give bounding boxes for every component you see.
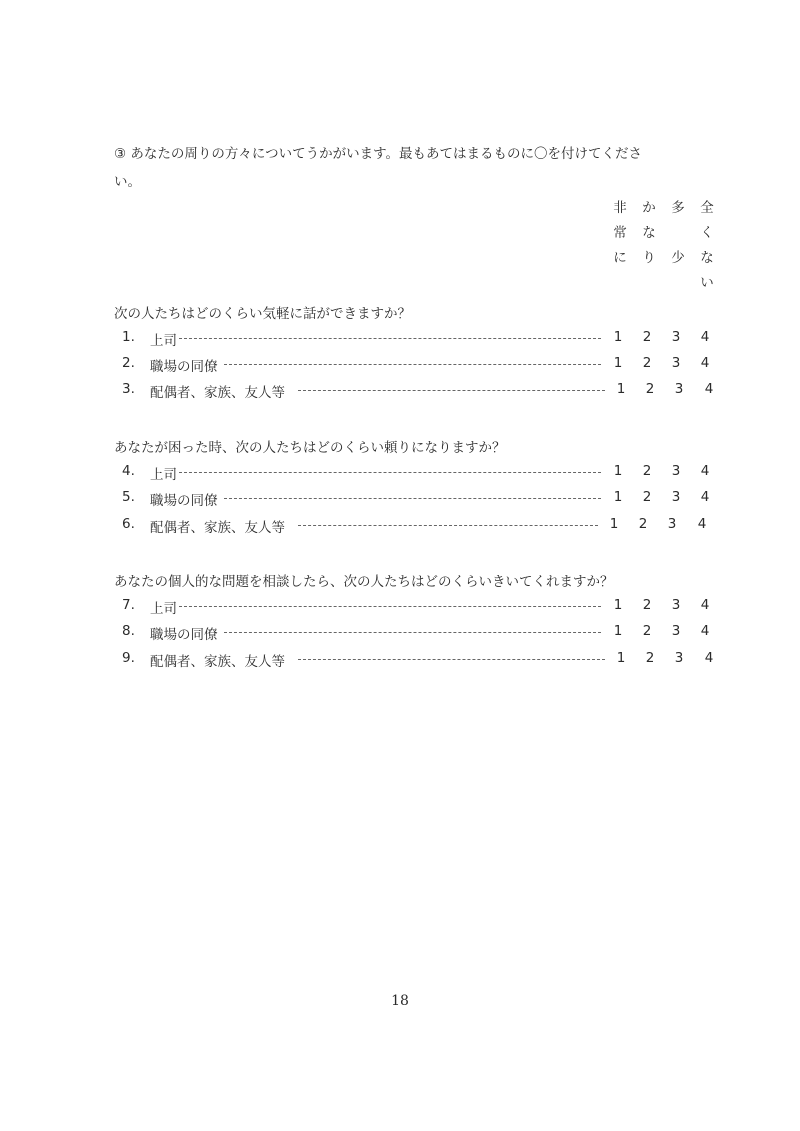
option-1[interactable]: 1 bbox=[611, 597, 625, 613]
question-item-8: 8. 職場の同僚 1 2 3 4 bbox=[122, 623, 722, 645]
option-4[interactable]: 4 bbox=[695, 516, 709, 532]
option-1[interactable]: 1 bbox=[611, 489, 625, 505]
option-1[interactable]: 1 bbox=[611, 623, 625, 639]
scale-char: 非 bbox=[611, 196, 629, 221]
scale-char: い bbox=[698, 271, 716, 296]
option-4[interactable]: 4 bbox=[698, 489, 712, 505]
scale-char: 常 bbox=[611, 221, 629, 246]
option-3[interactable]: 3 bbox=[669, 489, 683, 505]
scale-header-very: 非 常 に bbox=[611, 196, 629, 296]
scale-char: な bbox=[698, 246, 716, 271]
option-4[interactable]: 4 bbox=[698, 597, 712, 613]
option-4[interactable]: 4 bbox=[698, 463, 712, 479]
option-3[interactable]: 3 bbox=[669, 355, 683, 371]
option-3[interactable]: 3 bbox=[665, 516, 679, 532]
scale-char: り bbox=[640, 246, 658, 271]
scale-char: 全 bbox=[698, 196, 716, 221]
option-2[interactable]: 2 bbox=[640, 329, 654, 345]
option-3[interactable]: 3 bbox=[669, 597, 683, 613]
intro-line-1: ③ あなたの周りの方々についてうかがいます。最もあてはまるものに〇を付けてくださ bbox=[114, 140, 714, 168]
item-label: 職場の同僚 bbox=[150, 489, 218, 509]
option-2[interactable]: 2 bbox=[640, 463, 654, 479]
item-label: 上司 bbox=[150, 329, 177, 349]
scale-char: な bbox=[640, 221, 658, 246]
item-label: 上司 bbox=[150, 597, 177, 617]
option-3[interactable]: 3 bbox=[672, 381, 686, 397]
option-1[interactable]: 1 bbox=[611, 355, 625, 371]
scale-char: 少 bbox=[669, 246, 687, 271]
item-number: 2. bbox=[122, 355, 144, 371]
leader-dots bbox=[224, 498, 601, 499]
item-number: 9. bbox=[122, 650, 144, 666]
item-number: 7. bbox=[122, 597, 144, 613]
leader-dots bbox=[298, 390, 605, 391]
section-2-question: あなたが困った時、次の人たちはどのくらい頼りになりますか？ bbox=[114, 436, 506, 456]
question-item-2: 2. 職場の同僚 1 2 3 4 bbox=[122, 355, 722, 377]
option-1[interactable]: 1 bbox=[611, 329, 625, 345]
option-4[interactable]: 4 bbox=[698, 355, 712, 371]
scale-char: 多 bbox=[669, 196, 687, 221]
option-1[interactable]: 1 bbox=[614, 650, 628, 666]
option-2[interactable]: 2 bbox=[640, 355, 654, 371]
scale-header-not-at-all: 全 く な い bbox=[698, 196, 716, 296]
question-item-9: 9. 配偶者、家族、友人等 1 2 3 4 bbox=[122, 650, 722, 672]
item-label: 配偶者、家族、友人等 bbox=[150, 516, 285, 536]
scale-char bbox=[669, 271, 687, 296]
question-item-3: 3. 配偶者、家族、友人等 1 2 3 4 bbox=[122, 381, 722, 403]
scale-char bbox=[611, 271, 629, 296]
question-item-5: 5. 職場の同僚 1 2 3 4 bbox=[122, 489, 722, 511]
option-3[interactable]: 3 bbox=[669, 463, 683, 479]
item-label: 配偶者、家族、友人等 bbox=[150, 650, 285, 670]
option-4[interactable]: 4 bbox=[698, 623, 712, 639]
scale-char: く bbox=[698, 221, 716, 246]
intro-instructions: ③ あなたの周りの方々についてうかがいます。最もあてはまるものに〇を付けてくださ… bbox=[114, 140, 714, 196]
item-number: 6. bbox=[122, 516, 144, 532]
leader-dots bbox=[179, 606, 601, 607]
section-3-question: あなたの個人的な問題を相談したら、次の人たちはどのくらいきいてくれますか？ bbox=[114, 570, 614, 590]
option-4[interactable]: 4 bbox=[702, 381, 716, 397]
option-2[interactable]: 2 bbox=[640, 489, 654, 505]
option-2[interactable]: 2 bbox=[636, 516, 650, 532]
leader-dots bbox=[298, 659, 605, 660]
leader-dots bbox=[298, 525, 598, 526]
item-label: 上司 bbox=[150, 463, 177, 483]
item-number: 5. bbox=[122, 489, 144, 505]
option-2[interactable]: 2 bbox=[643, 381, 657, 397]
scale-char: に bbox=[611, 246, 629, 271]
option-3[interactable]: 3 bbox=[672, 650, 686, 666]
scale-char bbox=[640, 271, 658, 296]
leader-dots bbox=[179, 472, 601, 473]
scale-char bbox=[669, 221, 687, 246]
item-label: 職場の同僚 bbox=[150, 355, 218, 375]
option-4[interactable]: 4 bbox=[702, 650, 716, 666]
item-label: 配偶者、家族、友人等 bbox=[150, 381, 285, 401]
item-number: 4. bbox=[122, 463, 144, 479]
option-1[interactable]: 1 bbox=[614, 381, 628, 397]
leader-dots bbox=[224, 364, 601, 365]
item-number: 1. bbox=[122, 329, 144, 345]
question-item-1: 1. 上司 1 2 3 4 bbox=[122, 329, 722, 351]
question-item-7: 7. 上司 1 2 3 4 bbox=[122, 597, 722, 619]
leader-dots bbox=[224, 632, 601, 633]
question-item-4: 4. 上司 1 2 3 4 bbox=[122, 463, 722, 485]
item-label: 職場の同僚 bbox=[150, 623, 218, 643]
option-1[interactable]: 1 bbox=[611, 463, 625, 479]
option-4[interactable]: 4 bbox=[698, 329, 712, 345]
intro-line-2: い。 bbox=[114, 168, 714, 196]
scale-char: か bbox=[640, 196, 658, 221]
option-3[interactable]: 3 bbox=[669, 623, 683, 639]
item-number: 8. bbox=[122, 623, 144, 639]
option-2[interactable]: 2 bbox=[640, 623, 654, 639]
option-3[interactable]: 3 bbox=[669, 329, 683, 345]
scale-header-somewhat: 多 少 bbox=[669, 196, 687, 296]
leader-dots bbox=[179, 338, 601, 339]
option-2[interactable]: 2 bbox=[640, 597, 654, 613]
option-2[interactable]: 2 bbox=[643, 650, 657, 666]
option-1[interactable]: 1 bbox=[607, 516, 621, 532]
section-1-question: 次の人たちはどのくらい気軽に話ができますか？ bbox=[114, 302, 411, 322]
question-item-6: 6. 配偶者、家族、友人等 1 2 3 4 bbox=[122, 516, 722, 538]
item-number: 3. bbox=[122, 381, 144, 397]
page-number: 18 bbox=[0, 993, 800, 1009]
scale-header-fairly: か な り bbox=[640, 196, 658, 296]
